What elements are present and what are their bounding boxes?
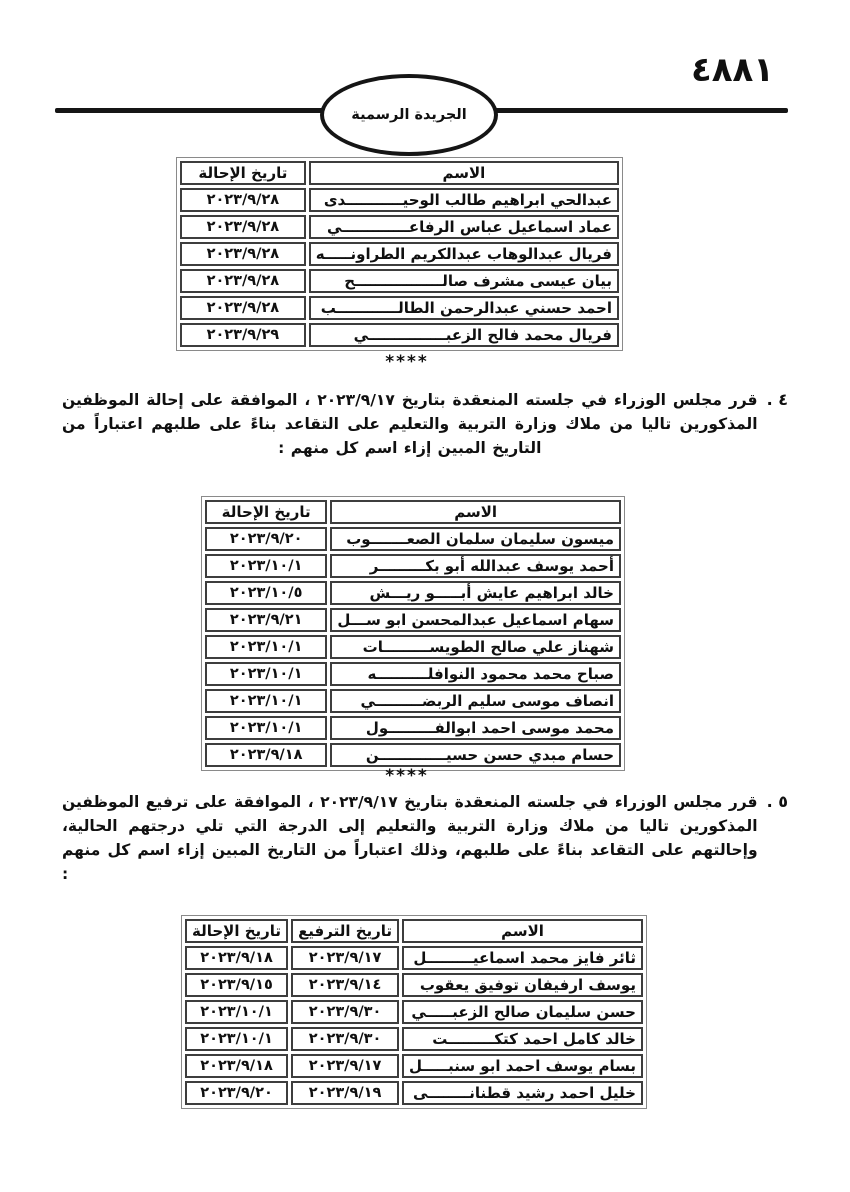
- referral-date-cell: ٢٠٢٣/١٠/١: [205, 554, 327, 578]
- name-cell: فريال محمد فالح الزعبـــــــــــــــي: [309, 323, 619, 347]
- table-row: شهناز علي صالح الطويســـــــــات٢٠٢٣/١٠/…: [205, 635, 621, 659]
- retirement-table-1: الاسم تاريخ الإحالة عبدالحي ابراهيم طالب…: [176, 157, 623, 351]
- referral-date-cell: ٢٠٢٣/١٠/١: [205, 662, 327, 686]
- table-row: خالد ابراهيم عايش أبـــــو ريـــش٢٠٢٣/١٠…: [205, 581, 621, 605]
- table-row: بسام يوسف احمد ابو سنبـــــل٢٠٢٣/٩/١٧٢٠٢…: [185, 1054, 643, 1078]
- table-header-row: الاسم تاريخ الترفيع تاريخ الإحالة: [185, 919, 643, 943]
- referral-date-cell: ٢٠٢٣/١٠/١: [205, 635, 327, 659]
- referral-date-cell: ٢٠٢٣/٩/١٥: [185, 973, 288, 997]
- masthead-title: الجريدة الرسمية: [351, 107, 466, 123]
- referral-date-cell: ٢٠٢٣/٩/٢٨: [180, 296, 306, 320]
- name-cell: يوسف ارفيفان توفيق يعقوب: [402, 973, 643, 997]
- gazette-page: ٤٨٨١ الجريدة الرسمية الاسم تاريخ الإحالة…: [0, 0, 850, 1192]
- referral-date-cell: ٢٠٢٣/١٠/١: [205, 689, 327, 713]
- name-cell: محمد موسى احمد ابوالفـــــــــول: [330, 716, 621, 740]
- name-cell: صباح محمد محمود النوافلــــــــــه: [330, 662, 621, 686]
- name-cell: حسام مبدي حسن حسيـــــــــــــن: [330, 743, 621, 767]
- table-row: احمد حسني عبدالرحمن الطالــــــــــــب٢٠…: [180, 296, 619, 320]
- table-row: خالد كامل احمد كتكـــــــــت٢٠٢٣/٩/٣٠٢٠٢…: [185, 1027, 643, 1051]
- item-number: ٤ .: [767, 388, 788, 460]
- name-cell: فريال عبدالوهاب عبدالكريم الطراونـــــه: [309, 242, 619, 266]
- name-cell: بسام يوسف احمد ابو سنبـــــل: [402, 1054, 643, 1078]
- referral-date-cell: ٢٠٢٣/١٠/١: [185, 1000, 288, 1024]
- page-number: ٤٨٨١: [691, 50, 774, 90]
- table-header-row: الاسم تاريخ الإحالة: [205, 500, 621, 524]
- table-row: انصاف موسى سليم الربضـــــــــي٢٠٢٣/١٠/١: [205, 689, 621, 713]
- referral-date-cell: ٢٠٢٣/٩/٢٠: [185, 1081, 288, 1105]
- table-row: يوسف ارفيفان توفيق يعقوب٢٠٢٣/٩/١٤٢٠٢٣/٩/…: [185, 973, 643, 997]
- referral-date-cell: ٢٠٢٣/٩/٢٠: [205, 527, 327, 551]
- table-row: صباح محمد محمود النوافلــــــــــه٢٠٢٣/١…: [205, 662, 621, 686]
- referral-date-cell: ٢٠٢٣/٩/١٨: [185, 1054, 288, 1078]
- referral-date-cell: ٢٠٢٣/٩/١٨: [205, 743, 327, 767]
- name-cell: عماد اسماعيل عباس الرفاعـــــــــــــي: [309, 215, 619, 239]
- referral-date-cell: ٢٠٢٣/٩/٢٨: [180, 269, 306, 293]
- name-cell: خالد كامل احمد كتكـــــــــت: [402, 1027, 643, 1051]
- table-row: عماد اسماعيل عباس الرفاعـــــــــــــي٢٠…: [180, 215, 619, 239]
- name-column-header: الاسم: [402, 919, 643, 943]
- table-row: فريال محمد فالح الزعبـــــــــــــــي٢٠٢…: [180, 323, 619, 347]
- star-separator: ****: [0, 766, 814, 786]
- referral-date-cell: ٢٠٢٣/٩/٢٩: [180, 323, 306, 347]
- retirement-table-2: الاسم تاريخ الإحالة ميسون سليمان سلمان ا…: [201, 496, 625, 771]
- name-cell: حسن سليمان صالح الزعبـــــي: [402, 1000, 643, 1024]
- name-cell: بيان عيسى مشرف صالـــــــــــــــــح: [309, 269, 619, 293]
- name-cell: خالد ابراهيم عايش أبـــــو ريـــش: [330, 581, 621, 605]
- referral-date-column-header: تاريخ الإحالة: [180, 161, 306, 185]
- name-cell: أحمد يوسف عبدالله أبو بكـــــــــر: [330, 554, 621, 578]
- table-row: حسن سليمان صالح الزعبـــــي٢٠٢٣/٩/٣٠٢٠٢٣…: [185, 1000, 643, 1024]
- table-row: فريال عبدالوهاب عبدالكريم الطراونـــــه٢…: [180, 242, 619, 266]
- referral-date-column-header: تاريخ الإحالة: [185, 919, 288, 943]
- promotion-retirement-table: الاسم تاريخ الترفيع تاريخ الإحالة ثائر ف…: [181, 915, 647, 1109]
- table-header-row: الاسم تاريخ الإحالة: [180, 161, 619, 185]
- table-row: سهام اسماعيل عبدالمحسن ابو ســـل٢٠٢٣/٩/٢…: [205, 608, 621, 632]
- table-row: عبدالحي ابراهيم طالب الوحيـــــــــــدى٢…: [180, 188, 619, 212]
- table-row: ثائر فايز محمد اسماعيـــــــــل٢٠٢٣/٩/١٧…: [185, 946, 643, 970]
- name-cell: احمد حسني عبدالرحمن الطالــــــــــــب: [309, 296, 619, 320]
- table-row: محمد موسى احمد ابوالفـــــــــول٢٠٢٣/١٠/…: [205, 716, 621, 740]
- promotion-date-cell: ٢٠٢٣/٩/١٤: [291, 973, 399, 997]
- name-cell: خليل احمد رشيد قطنانــــــــى: [402, 1081, 643, 1105]
- referral-date-cell: ٢٠٢٣/٩/٢١: [205, 608, 327, 632]
- referral-date-cell: ٢٠٢٣/١٠/١: [205, 716, 327, 740]
- table-row: خليل احمد رشيد قطنانــــــــى٢٠٢٣/٩/١٩٢٠…: [185, 1081, 643, 1105]
- name-column-header: الاسم: [309, 161, 619, 185]
- name-cell: شهناز علي صالح الطويســـــــــات: [330, 635, 621, 659]
- referral-date-cell: ٢٠٢٣/١٠/٥: [205, 581, 327, 605]
- table-row: حسام مبدي حسن حسيـــــــــــــن٢٠٢٣/٩/١٨: [205, 743, 621, 767]
- star-separator: ****: [0, 352, 814, 372]
- name-cell: انصاف موسى سليم الربضـــــــــي: [330, 689, 621, 713]
- promotion-date-cell: ٢٠٢٣/٩/١٩: [291, 1081, 399, 1105]
- promotion-date-cell: ٢٠٢٣/٩/٣٠: [291, 1000, 399, 1024]
- name-cell: عبدالحي ابراهيم طالب الوحيـــــــــــدى: [309, 188, 619, 212]
- table-row: بيان عيسى مشرف صالـــــــــــــــــح٢٠٢٣…: [180, 269, 619, 293]
- promotion-date-cell: ٢٠٢٣/٩/٣٠: [291, 1027, 399, 1051]
- referral-date-column-header: تاريخ الإحالة: [205, 500, 327, 524]
- referral-date-cell: ٢٠٢٣/٩/٢٨: [180, 242, 306, 266]
- name-cell: ميسون سليمان سلمان الصعـــــــوب: [330, 527, 621, 551]
- decree-item-5: ٥ . قرر مجلس الوزراء في جلسته المنعقدة ب…: [62, 790, 788, 886]
- promotion-date-cell: ٢٠٢٣/٩/١٧: [291, 946, 399, 970]
- table-row: أحمد يوسف عبدالله أبو بكـــــــــر٢٠٢٣/١…: [205, 554, 621, 578]
- item-number: ٥ .: [767, 790, 788, 886]
- referral-date-cell: ٢٠٢٣/٩/١٨: [185, 946, 288, 970]
- promotion-date-column-header: تاريخ الترفيع: [291, 919, 399, 943]
- table-row: ميسون سليمان سلمان الصعـــــــوب٢٠٢٣/٩/٢…: [205, 527, 621, 551]
- name-column-header: الاسم: [330, 500, 621, 524]
- promotion-date-cell: ٢٠٢٣/٩/١٧: [291, 1054, 399, 1078]
- name-cell: ثائر فايز محمد اسماعيـــــــــل: [402, 946, 643, 970]
- referral-date-cell: ٢٠٢٣/٩/٢٨: [180, 188, 306, 212]
- masthead-oval: الجريدة الرسمية: [320, 74, 498, 156]
- referral-date-cell: ٢٠٢٣/٩/٢٨: [180, 215, 306, 239]
- item-text: قرر مجلس الوزراء في جلسته المنعقدة بتاري…: [62, 388, 758, 460]
- decree-item-4: ٤ . قرر مجلس الوزراء في جلسته المنعقدة ب…: [62, 388, 788, 460]
- referral-date-cell: ٢٠٢٣/١٠/١: [185, 1027, 288, 1051]
- name-cell: سهام اسماعيل عبدالمحسن ابو ســـل: [330, 608, 621, 632]
- item-text: قرر مجلس الوزراء في جلسته المنعقدة بتاري…: [62, 790, 758, 886]
